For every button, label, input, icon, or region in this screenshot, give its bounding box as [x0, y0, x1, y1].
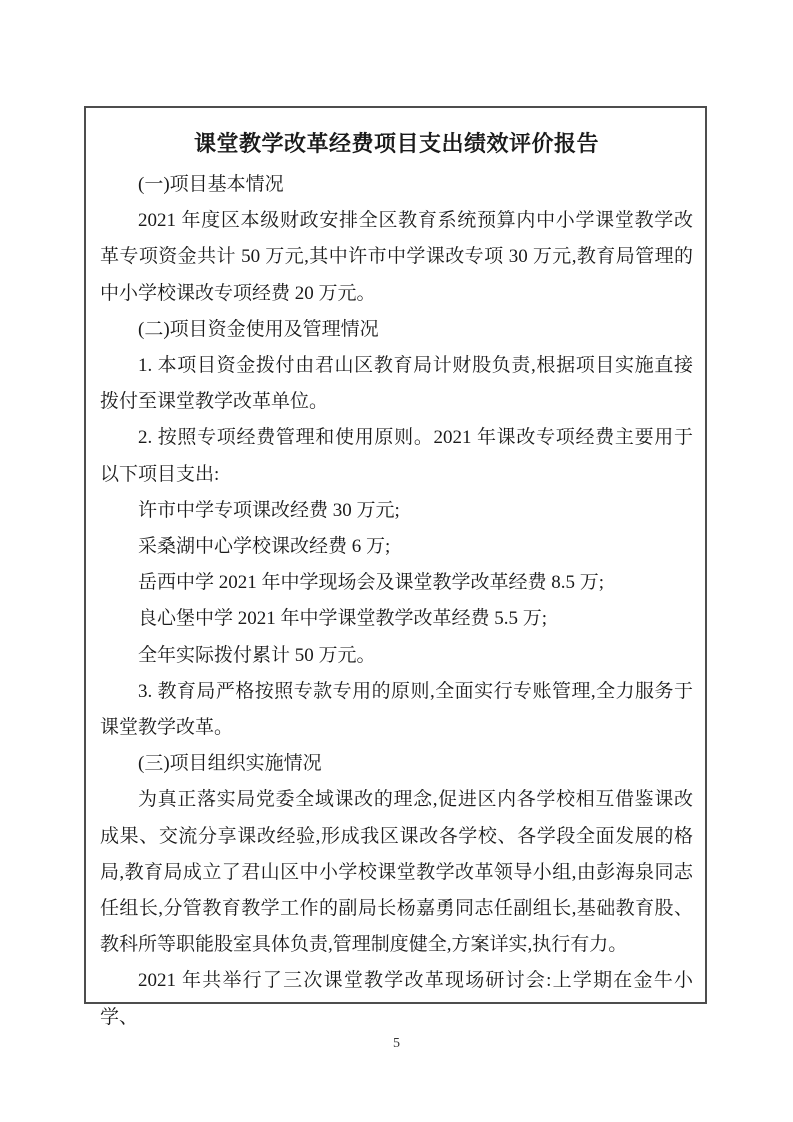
document-title: 课堂教学改革经费项目支出绩效评价报告 [100, 123, 693, 165]
paragraph: 2021 年度区本级财政安排全区教育系统预算内中小学课堂教学改革专项资金共计 5… [100, 203, 693, 312]
page-number: 5 [0, 1036, 793, 1052]
paragraph: 2021 年共举行了三次课堂教学改革现场研讨会:上学期在金牛小学、 [100, 963, 693, 1035]
section-heading-1: (一)项目基本情况 [100, 167, 693, 203]
list-item-expense: 良心堡中学 2021 年中学课堂教学改革经费 5.5 万; [100, 601, 693, 637]
document-page: 课堂教学改革经费项目支出绩效评价报告 (一)项目基本情况 2021 年度区本级财… [0, 0, 793, 1122]
section-heading-3: (三)项目组织实施情况 [100, 746, 693, 782]
paragraph: 2. 按照专项经费管理和使用原则。2021 年课改专项经费主要用于以下项目支出: [100, 420, 693, 492]
paragraph: 为真正落实局党委全域课改的理念,促进区内各学校相互借鉴课改成果、交流分享课改经验… [100, 782, 693, 963]
paragraph: 1. 本项目资金拨付由君山区教育局计财股负责,根据项目实施直接拨付至课堂教学改革… [100, 348, 693, 420]
list-item-expense: 采桑湖中心学校课改经费 6 万; [100, 529, 693, 565]
list-item-expense: 岳西中学 2021 年中学现场会及课堂教学改革经费 8.5 万; [100, 565, 693, 601]
list-item-expense: 许市中学专项课改经费 30 万元; [100, 493, 693, 529]
page-border-frame: 课堂教学改革经费项目支出绩效评价报告 (一)项目基本情况 2021 年度区本级财… [84, 106, 707, 1004]
list-item-expense: 全年实际拨付累计 50 万元。 [100, 638, 693, 674]
section-heading-2: (二)项目资金使用及管理情况 [100, 312, 693, 348]
paragraph: 3. 教育局严格按照专款专用的原则,全面实行专账管理,全力服务于课堂教学改革。 [100, 674, 693, 746]
